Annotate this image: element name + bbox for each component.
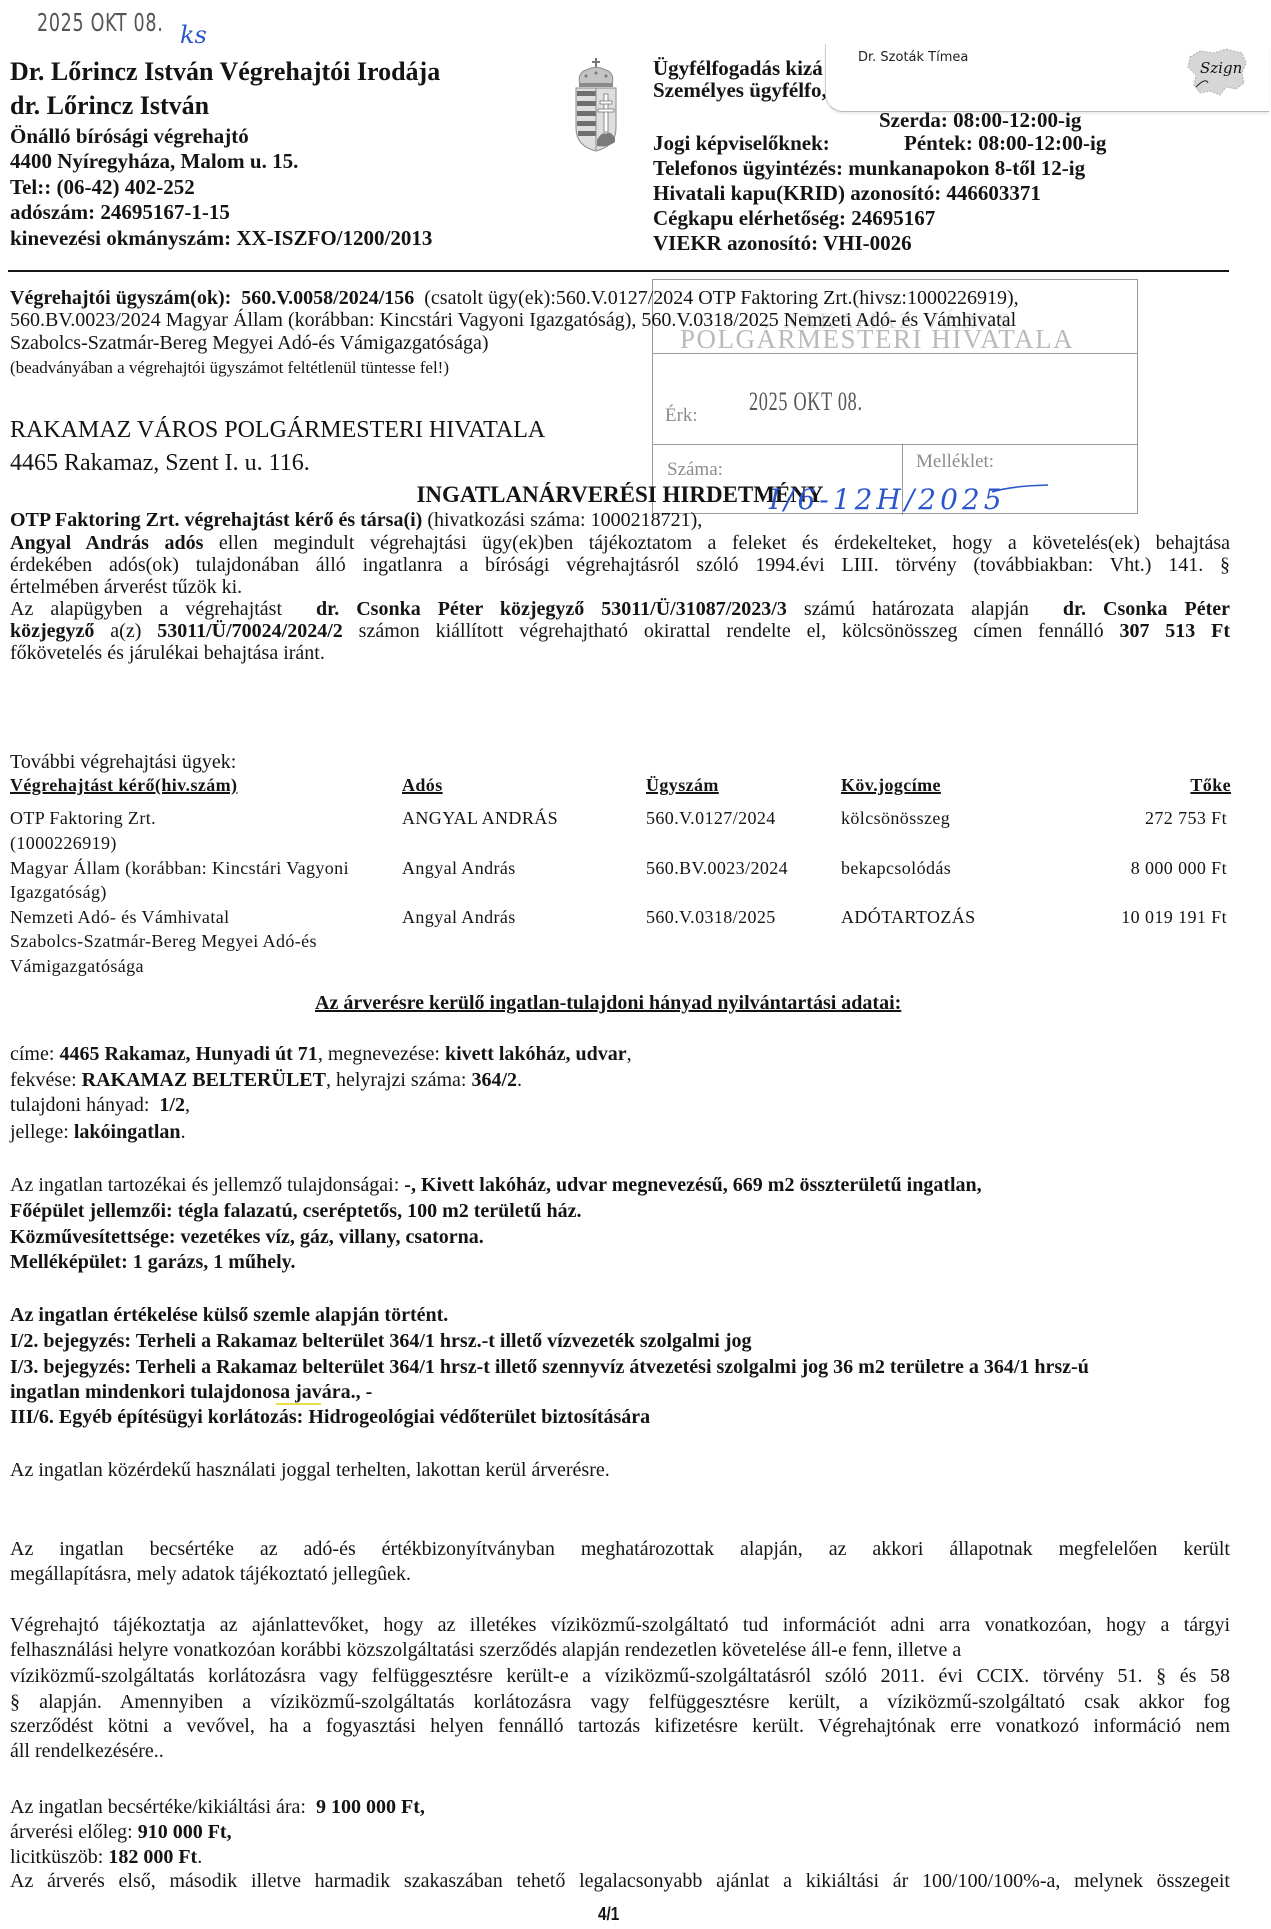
punctuation: , (185, 1094, 190, 1116)
signature-seal-icon: Szign (1186, 47, 1248, 99)
document-page: 2025 OKT 08. ks Dr. Lőrincz István Végre… (0, 0, 1271, 1929)
case-numbers-label: Végrehajtói ügyszám(ok): (10, 287, 231, 309)
field-label: címe: (10, 1043, 54, 1065)
creditor-reference: (hivatkozási száma: 1000218721), (427, 509, 702, 531)
property-designation: kivett lakóház, udvar (445, 1043, 627, 1065)
addressee-name: RAKAMAZ VÁROS POLGÁRMESTERI HIVATALA (10, 415, 545, 445)
cell-case-number: 560.V.0318/2025 (646, 905, 776, 929)
notary-decision: dr. Csonka Péter közjegyző 53011/Ü/31087… (316, 598, 787, 620)
cell-capital: 10 019 191 Ft (1121, 905, 1227, 929)
cell-creditor: Vámigazgatósága (10, 954, 144, 978)
property-location: RAKAMAZ BELTERÜLET (82, 1069, 326, 1091)
features-label: Az ingatlan tartozékai és jellemző tulaj… (10, 1174, 399, 1196)
intro-text: Az alapügyben a végrehajtást (10, 598, 282, 620)
cell-case-number: 560.V.0127/2024 (646, 806, 776, 830)
cell-creditor: Szabolcs-Szatmár-Bereg Megyei Adó-és (10, 929, 317, 953)
stamp-number-label: Száma: (667, 459, 723, 481)
header-divider (8, 270, 1229, 272)
debtor-name: Angyal András adós (10, 532, 203, 554)
auction-stages-text: Az árverés első, második illetve harmadi… (10, 1868, 1230, 1894)
friday-hours: Péntek: 08:00-12:00-ig (904, 130, 1106, 156)
auction-deposit: 910 000 Ft, (138, 1821, 232, 1843)
field-label: jellege: (10, 1121, 69, 1143)
property-address-line: címe: 4465 Rakamaz, Hunyadi út 71, megne… (10, 1041, 632, 1067)
punctuation: , (627, 1043, 632, 1065)
column-header-capital: Tőke (1190, 773, 1231, 797)
personal-reception-partial: Személyes ügyfélfo, (653, 77, 827, 103)
property-type: lakóingatlan (74, 1121, 181, 1143)
office-phone: Tel:: (06-42) 402-252 (10, 174, 195, 200)
valuation-note: Az ingatlan értékelése külső szemle alap… (10, 1302, 448, 1328)
occupancy-note: Az ingatlan közérdekű használati joggal … (10, 1457, 610, 1483)
features-summary: -, Kivett lakóház, udvar megnevezésű, 66… (404, 1174, 981, 1196)
krid-id: Hivatali kapu(KRID) azonosító: 446603371 (653, 180, 1041, 206)
bailiff-name: dr. Lőrincz István (10, 91, 209, 121)
cell-creditor: Magyar Állam (korábban: Kincstári Vagyon… (10, 856, 349, 880)
field-label: fekvése: (10, 1069, 77, 1091)
cell-capital: 8 000 000 Ft (1131, 856, 1227, 880)
property-share-line: tulajdoni hányad: 1/2, (10, 1092, 190, 1118)
column-header-case-number: Ügyszám (646, 773, 719, 797)
punctuation: . (181, 1121, 186, 1143)
viekr-id: VIEKR azonosító: VHI-0026 (653, 230, 912, 256)
coat-of-arms-icon (572, 58, 620, 152)
office-address: 4400 Nyíregyháza, Malom u. 15. (10, 148, 298, 174)
property-location-line: fekvése: RAKAMAZ BELTERÜLET, helyrajzi s… (10, 1067, 522, 1093)
encumbrance-entry: I/3. bejegyzés: Terheli a Rakamaz belter… (10, 1354, 1089, 1380)
cell-legal-title: kölcsönösszeg (841, 806, 950, 830)
cell-debtor: ANGYAL ANDRÁS (402, 806, 558, 830)
column-header-creditor: Végrehajtást kérő(hiv.szám) (10, 773, 237, 797)
field-label: Az ingatlan becsértéke/kikiáltási ára: (10, 1796, 306, 1818)
starting-price: 9 100 000 Ft, (316, 1796, 425, 1818)
cell-legal-title: bekapcsolódás (841, 856, 951, 880)
cell-debtor: Angyal András (402, 905, 516, 929)
bid-increment: 182 000 Ft (108, 1846, 197, 1868)
utility-notice-line: szerződést kötni a vevővel, ha a fogyasz… (10, 1713, 1230, 1739)
cell-debtor: Angyal András (402, 856, 516, 880)
signer-name: Dr. Szoták Tímea (858, 50, 968, 65)
punctuation: . (517, 1069, 522, 1091)
utility-notice-line: felhasználási helyre vonatkozóan korábbi… (10, 1637, 961, 1663)
encumbrance-entry: III/6. Egyéb építésügyi korlátozás: Hidr… (10, 1404, 650, 1430)
property-share: 1/2 (159, 1094, 185, 1116)
other-cases-title: További végrehajtási ügyek: (10, 749, 236, 775)
main-case-number: 560.V.0058/2024/156 (241, 287, 414, 309)
field-label: árverési előleg: (10, 1821, 133, 1843)
starting-price-line: Az ingatlan becsértéke/kikiáltási ára: 9… (10, 1794, 425, 1820)
encumbrance-entry: ingatlan mindenkori tulajdonosa javára.,… (10, 1379, 372, 1405)
property-type-line: jellege: lakóingatlan. (10, 1119, 186, 1145)
stamp-received-label: Érk: (665, 405, 698, 427)
valuation-line: megállapításra, mely adatok tájékoztató … (10, 1561, 411, 1587)
stamp-received-date: 2025 OKT 08. (749, 386, 863, 418)
signature-overlay: Dr. Szoták Tímea Szign (825, 44, 1269, 112)
stamp-divider-2 (653, 444, 1137, 445)
cell-capital: 272 753 Ft (1145, 806, 1227, 830)
corner-date-stamp: 2025 OKT 08. (37, 8, 163, 38)
intro-text: számú határozata alapján (804, 598, 1029, 620)
stamp-divider-1 (653, 353, 1137, 354)
field-label: tulajdoni hányad: (10, 1094, 149, 1116)
features-line-1: Az ingatlan tartozékai és jellemző tulaj… (10, 1172, 982, 1198)
appointment-number: kinevezési okmányszám: XX-ISZFO/1200/201… (10, 225, 432, 251)
utility-notice-line: áll rendelkezésére.. (10, 1738, 164, 1764)
page-number: 4/1 (598, 1904, 619, 1925)
intro-text: ellen megindult végrehajtási ügy(ek)ben … (219, 532, 1230, 554)
cell-case-number: 560.BV.0023/2024 (646, 856, 788, 880)
cell-creditor: OTP Faktoring Zrt. (10, 806, 156, 830)
cell-creditor: Igazgatóság) (10, 880, 107, 904)
case-number-note: (beadványában a végrehajtói ügyszámot fe… (10, 357, 449, 379)
field-label: , megnevezése: (318, 1043, 440, 1065)
handwritten-initials: ks (180, 20, 207, 50)
notary-title: közjegyző (10, 620, 94, 642)
handwritten-registration-number: I/6-12H/2025 (769, 482, 1006, 518)
field-label: licitküszöb: (10, 1846, 103, 1868)
field-label: , helyrajzi száma: (326, 1069, 467, 1091)
attached-cases-3: Szabolcs-Szatmár-Bereg Megyei Adó-és Vám… (10, 330, 489, 356)
property-lot-number: 364/2 (471, 1069, 517, 1091)
stamp-attachment-label: Melléklet: (916, 451, 994, 473)
tax-number: adószám: 24695167-1-15 (10, 199, 230, 225)
main-building-features: Főépület jellemzői: tégla falazatú, cser… (10, 1198, 582, 1224)
creditor-name: OTP Faktoring Zrt. végrehajtást kérő és … (10, 509, 422, 531)
utility-notice-line: § alapján. Amennyiben a víziközmű-szolgá… (10, 1689, 1230, 1715)
intro-text: számon kiállított végrehajtható okiratta… (359, 620, 1104, 642)
enforceable-document-number: 53011/Ü/70024/2024/2 (157, 620, 343, 642)
office-name: Dr. Lőrincz István Végrehajtói Irodája (10, 57, 440, 87)
addressee-address: 4465 Rakamaz, Szent I. u. 116. (10, 448, 310, 478)
attached-cases-1: (csatolt ügy(ek):560.V.0127/2024 OTP Fak… (424, 287, 1018, 309)
cell-creditor: Nemzeti Adó- és Vámhivatal (10, 905, 230, 929)
cell-creditor: (1000226919) (10, 831, 117, 855)
utility-notice-line: víziközmű-szolgáltatás korlátozásra vagy… (10, 1663, 1230, 1689)
bailiff-role: Önálló bírósági végrehajtó (10, 123, 249, 149)
column-header-debtor: Adós (402, 773, 443, 797)
intro-text: a(z) (110, 620, 141, 642)
encumbrance-entry: I/2. bejegyzés: Terheli a Rakamaz belter… (10, 1328, 752, 1354)
phone-hours: Telefonos ügyintézés: munkanapokon 8-től… (653, 155, 1085, 181)
intro-line-7: főkövetelés és járulékai behajtása iránt… (10, 640, 325, 666)
bid-increment-line: licitküszöb: 182 000 Ft. (10, 1844, 202, 1870)
property-address: 4465 Rakamaz, Hunyadi út 71 (59, 1043, 317, 1065)
principal-amount: 307 513 Ft (1119, 620, 1230, 642)
signature-seal-label: Szign (1200, 59, 1242, 77)
deposit-line: árverési előleg: 910 000 Ft, (10, 1819, 232, 1845)
utility-notice-line: Végrehajtó tájékoztatja az ajánlattevőke… (10, 1612, 1230, 1638)
legal-representatives-label: Jogi képviselőknek: (653, 130, 830, 156)
column-header-legal-title: Köv.jogcíme (841, 773, 941, 797)
outbuildings: Melléképület: 1 garázs, 1 műhely. (10, 1249, 296, 1275)
property-section-heading: Az árverésre kerülő ingatlan-tulajdoni h… (315, 990, 901, 1016)
punctuation: . (197, 1846, 202, 1868)
handwritten-flourish-icon (990, 480, 1050, 496)
valuation-line: Az ingatlan becsértéke az adó-és értékbi… (10, 1536, 1230, 1562)
utilities: Közművesítettsége: vezetékes víz, gáz, v… (10, 1224, 484, 1250)
cell-legal-title: ADÓTARTOZÁS (841, 905, 976, 929)
company-gate-id: Cégkapu elérhetőség: 24695167 (653, 205, 935, 231)
notary-name: dr. Csonka Péter (1063, 598, 1230, 620)
